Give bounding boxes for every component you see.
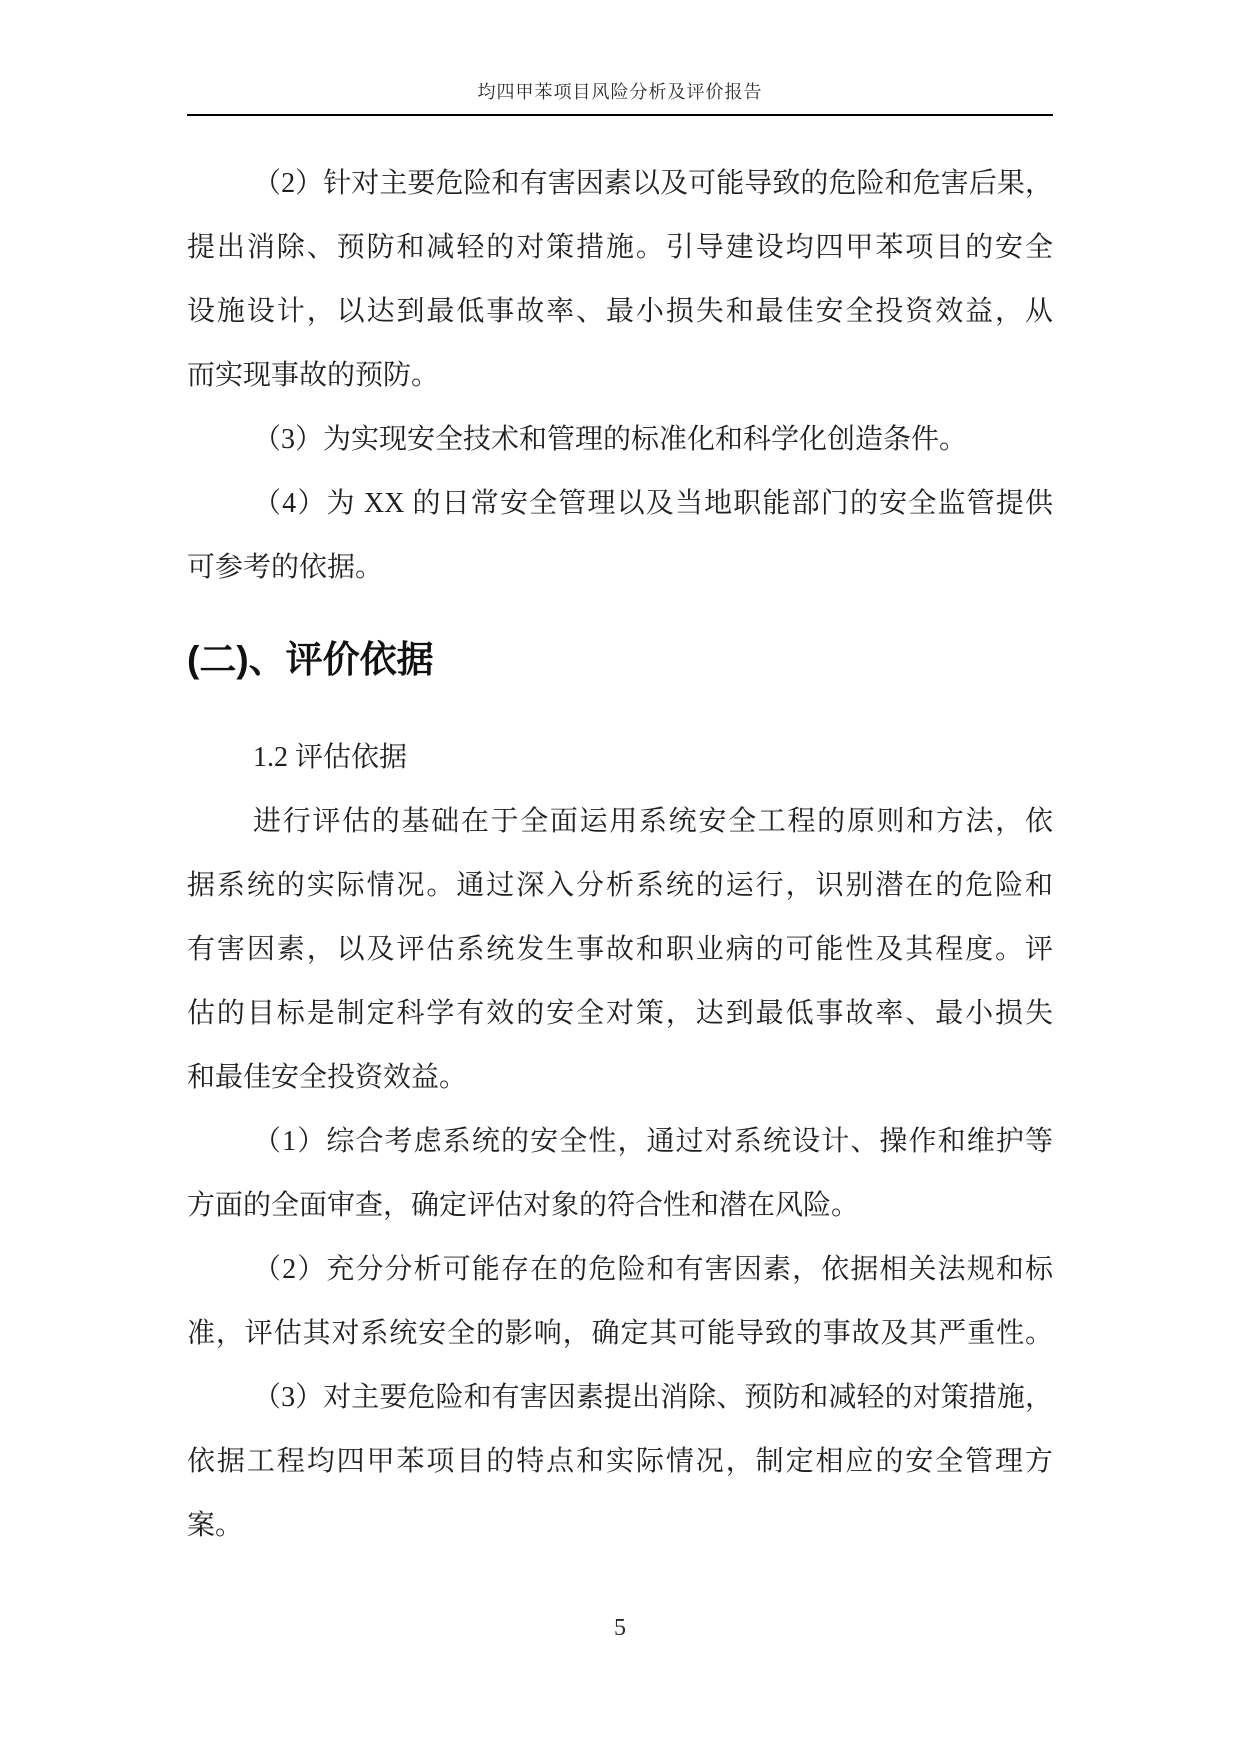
paragraph: 进行评估的基础在于全面运用系统安全工程的原则和方法，依据系统的实际情况。通过深入… <box>187 790 1053 1110</box>
text-line: （1）综合考虑系统的安全性，通过对系统设计、操作和维护等 <box>187 1110 1053 1174</box>
paragraph: （2）针对主要危险和有害因素以及可能导致的危险和危害后果，提出消除、预防和减轻的… <box>187 152 1053 408</box>
text-line: 方面的全面审查，确定评估对象的符合性和潜在风险。 <box>187 1174 1053 1238</box>
text-line: 依据工程均四甲苯项目的特点和实际情况，制定相应的安全管理方 <box>187 1430 1053 1494</box>
text-line: 有害因素，以及评估系统发生事故和职业病的可能性及其程度。评 <box>187 918 1053 982</box>
paragraph: （2）充分分析可能存在的危险和有害因素，依据相关法规和标准，评估其对系统安全的影… <box>187 1238 1053 1366</box>
text-line: 设施设计，以达到最低事故率、最小损失和最佳安全投资效益，从 <box>187 280 1053 344</box>
document-body: （2）针对主要危险和有害因素以及可能导致的危险和危害后果，提出消除、预防和减轻的… <box>187 152 1053 1558</box>
document-page: 均四甲苯项目风险分析及评价报告 （2）针对主要危险和有害因素以及可能导致的危险和… <box>0 0 1240 1753</box>
header-title: 均四甲苯项目风险分析及评价报告 <box>187 80 1053 104</box>
paragraph: 1.2 评估依据 <box>187 726 1053 790</box>
page-header: 均四甲苯项目风险分析及评价报告 <box>187 0 1053 116</box>
text-line: 和最佳安全投资效益。 <box>187 1046 1053 1110</box>
paragraph: （1）综合考虑系统的安全性，通过对系统设计、操作和维护等方面的全面审查，确定评估… <box>187 1110 1053 1238</box>
text-line: （2）充分分析可能存在的危险和有害因素，依据相关法规和标 <box>187 1238 1053 1302</box>
paragraph: （3）对主要危险和有害因素提出消除、预防和减轻的对策措施，依据工程均四甲苯项目的… <box>187 1366 1053 1558</box>
text-line: （2）针对主要危险和有害因素以及可能导致的危险和危害后果， <box>187 152 1053 216</box>
text-line: 准，评估其对系统安全的影响，确定其可能导致的事故及其严重性。 <box>187 1302 1053 1366</box>
text-line: 据系统的实际情况。通过深入分析系统的运行，识别潜在的危险和 <box>187 854 1053 918</box>
page-number: 5 <box>0 1612 1240 1644</box>
text-line: 1.2 评估依据 <box>187 726 1053 790</box>
text-line: （3）对主要危险和有害因素提出消除、预防和减轻的对策措施， <box>187 1366 1053 1430</box>
paragraph: （3）为实现安全技术和管理的标准化和科学化创造条件。 <box>187 408 1053 472</box>
text-line: 进行评估的基础在于全面运用系统安全工程的原则和方法，依 <box>187 790 1053 854</box>
text-line: 案。 <box>187 1494 1053 1558</box>
text-line: （4）为 XX 的日常安全管理以及当地职能部门的安全监管提供 <box>187 472 1053 536</box>
section-heading: (二)、评价依据 <box>187 624 1053 696</box>
text-line: （3）为实现安全技术和管理的标准化和科学化创造条件。 <box>187 408 1053 472</box>
page-footer: 5 <box>0 1612 1240 1644</box>
text-line: 估的目标是制定科学有效的安全对策，达到最低事故率、最小损失 <box>187 982 1053 1046</box>
text-line: 而实现事故的预防。 <box>187 344 1053 408</box>
paragraph: （4）为 XX 的日常安全管理以及当地职能部门的安全监管提供可参考的依据。 <box>187 472 1053 600</box>
text-line: 可参考的依据。 <box>187 536 1053 600</box>
text-line: 提出消除、预防和减轻的对策措施。引导建设均四甲苯项目的安全 <box>187 216 1053 280</box>
